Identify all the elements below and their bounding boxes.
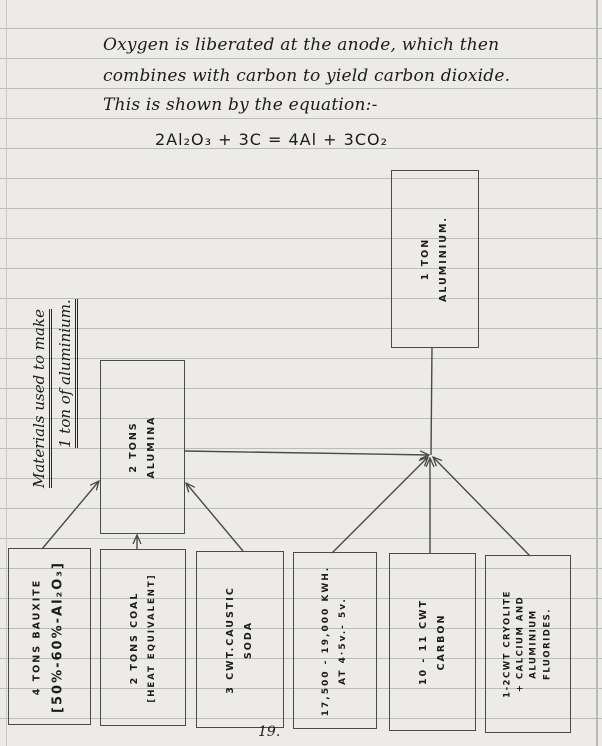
input-label-electricity: 17,500 - 19,000 KWH. AT 4·5v.- 5v. bbox=[318, 565, 352, 715]
input-label-line-2: AT 4·5v.- 5v. bbox=[335, 565, 352, 715]
input-label-line-2: + CALCIUM AND bbox=[515, 590, 528, 698]
input-label-line-1: 17,500 - 19,000 KWH. bbox=[318, 565, 335, 715]
intermediate-label-line-1: 2 TONS bbox=[124, 415, 142, 478]
input-label-cryolite: 1-2CWT CRYOLITE + CALCIUM AND ALUMINIUM … bbox=[502, 590, 555, 698]
input-label-line-2: [HEAT EQUIVALENT] bbox=[144, 573, 160, 702]
product-box-aluminium: 1 TON ALUMINIUM. bbox=[391, 170, 479, 348]
input-label-carbon: 10 - 11 CWT CARBON bbox=[414, 599, 450, 685]
page-number: 19. bbox=[258, 724, 280, 740]
input-box-cryolite: 1-2CWT CRYOLITE + CALCIUM AND ALUMINIUM … bbox=[485, 555, 571, 733]
input-label-line-1: 3 CWT.CAUSTIC bbox=[222, 586, 240, 694]
input-label-line-3: ALUMINIUM bbox=[528, 590, 541, 698]
input-label-line-2: SODA bbox=[240, 586, 258, 694]
input-label-caustic-soda: 3 CWT.CAUSTIC SODA bbox=[222, 586, 258, 694]
input-label-bauxite: 4 TONS BAUXITE [50%-60%-Al₂O₃] bbox=[28, 561, 71, 713]
input-box-electricity: 17,500 - 19,000 KWH. AT 4·5v.- 5v. bbox=[293, 552, 377, 729]
input-label-line-1: 4 TONS BAUXITE bbox=[28, 561, 46, 713]
input-label-line-2: [50%-60%-Al₂O₃] bbox=[46, 561, 71, 713]
input-label-line-4: FLUORIDES. bbox=[541, 590, 554, 698]
product-label-line-1: 1 TON bbox=[417, 216, 435, 302]
input-box-coal: 2 TONS COAL [HEAT EQUIVALENT] bbox=[100, 549, 186, 726]
input-label-line-2: CARBON bbox=[433, 599, 451, 685]
input-box-carbon: 10 - 11 CWT CARBON bbox=[389, 553, 476, 731]
input-box-bauxite: 4 TONS BAUXITE [50%-60%-Al₂O₃] bbox=[8, 548, 91, 725]
notebook-page: Oxygen is liberated at the anode, which … bbox=[0, 0, 602, 746]
input-label-line-1: 10 - 11 CWT bbox=[414, 599, 432, 685]
input-box-caustic-soda: 3 CWT.CAUSTIC SODA bbox=[196, 551, 284, 728]
product-label: 1 TON ALUMINIUM. bbox=[417, 216, 453, 302]
input-label-coal: 2 TONS COAL [HEAT EQUIVALENT] bbox=[126, 573, 160, 702]
intermediate-box-alumina: 2 TONS ALUMINA bbox=[100, 360, 185, 534]
intermediate-label-line-2: ALUMINA bbox=[143, 415, 161, 478]
intermediate-label: 2 TONS ALUMINA bbox=[124, 415, 160, 478]
input-label-line-1: 1-2CWT CRYOLITE bbox=[502, 590, 515, 698]
product-label-line-2: ALUMINIUM. bbox=[435, 216, 453, 302]
input-label-line-1: 2 TONS COAL bbox=[126, 573, 144, 702]
